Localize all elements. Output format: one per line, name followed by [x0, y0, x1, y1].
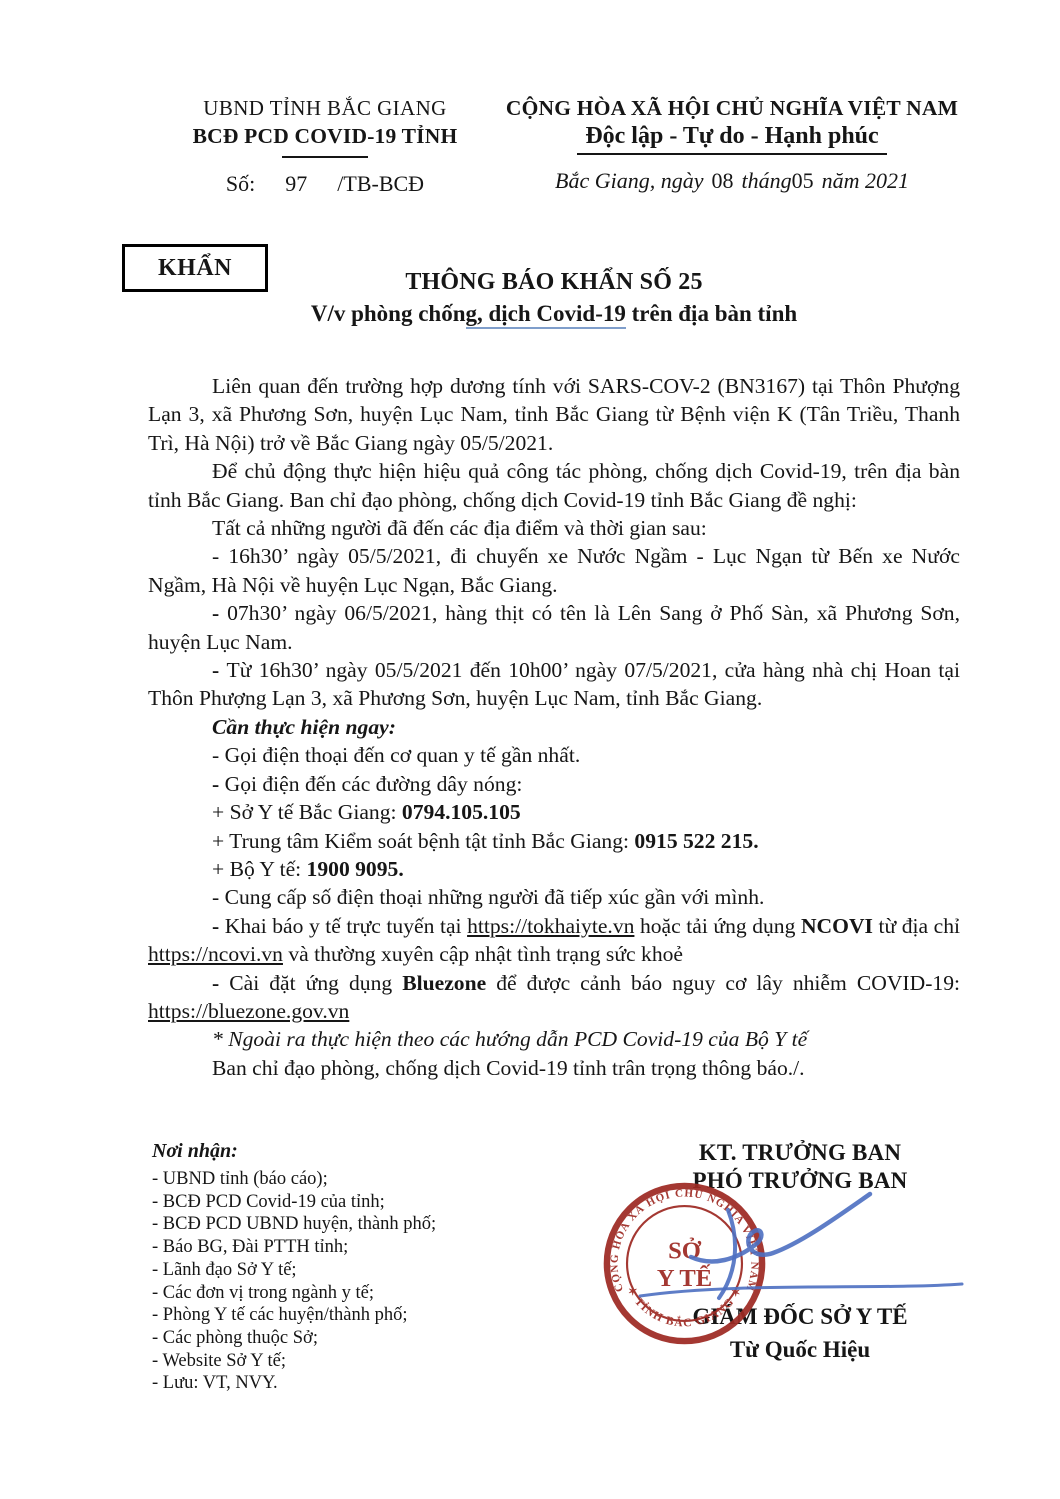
header-national-block: CỘNG HÒA XÃ HỘI CHỦ NGHĨA VIỆT NAM Độc l…	[497, 96, 967, 194]
subtitle-post: trên địa bàn tỉnh	[626, 301, 797, 326]
link[interactable]: https://ncovi.vn	[148, 942, 283, 966]
paragraph: - 07h30’ ngày 06/5/2021, hàng thịt có tê…	[148, 599, 960, 656]
paragraph: - Gọi điện thoại đến cơ quan y tế gần nh…	[148, 741, 960, 769]
date-day: 08	[711, 168, 733, 193]
document-subtitle: V/v phòng chống, dịch Covid-19 trên địa …	[148, 301, 960, 327]
paragraph: * Ngoài ra thực hiện theo các hướng dẫn …	[148, 1025, 960, 1053]
recipient-item: - Website Sở Y tế;	[152, 1350, 542, 1373]
recipient-item: - Các phòng thuộc Sở;	[152, 1327, 542, 1350]
number-suffix: /TB-BCĐ	[337, 171, 424, 197]
paragraph: Để chủ động thực hiện hiệu quả công tác …	[148, 457, 960, 514]
document-body: Liên quan đến trường hợp dương tính với …	[148, 372, 960, 1082]
paragraph: - Cài đặt ứng dụng Bluezone để được cảnh…	[148, 969, 960, 1026]
text-segment: + Trung tâm Kiểm soát bệnh tật tỉnh Bắc …	[212, 829, 634, 853]
text-segment: -	[212, 658, 227, 682]
text-segment: 0794.105.105	[402, 800, 521, 824]
recipient-item: - Các đơn vị trong ngành y tế;	[152, 1282, 542, 1305]
paragraph: - 16h30’ ngày 05/5/2021, đi chuyến xe Nư…	[148, 542, 960, 599]
text-segment: từ địa chỉ	[873, 914, 960, 938]
document-page: UBND TỈNH BẮC GIANG BCĐ PCD COVID-19 TỈN…	[0, 0, 1060, 1499]
issuer-line2: BCĐ PCD COVID-19 TỈNH	[140, 124, 510, 149]
text-segment: - 16h30’ ngày 05/5/2021, đi chuyến xe Nư…	[148, 544, 960, 596]
text-segment: NCOVI	[801, 914, 873, 938]
date-year: năm 2021	[822, 168, 909, 193]
paragraph: + Bộ Y tế: 1900 9095.	[148, 855, 960, 883]
paragraph: - Từ 16h30’ ngày 05/5/2021 đến 10h00’ ng…	[148, 656, 960, 713]
national-motto-line2: Độc lập - Tự do - Hạnh phúc	[577, 123, 886, 155]
text-segment: 1900 9095.	[307, 857, 404, 881]
subtitle-pre: V/v phòng chốn	[311, 301, 466, 326]
signer-title-line1: KT. TRƯỞNG BAN	[630, 1140, 970, 1166]
text-segment: hoặc tải ứng dụng	[634, 914, 801, 938]
title-block: THÔNG BÁO KHẨN SỐ 25 V/v phòng chống, dị…	[148, 269, 960, 327]
date-prefix: Bắc Giang, ngày	[555, 168, 703, 193]
link[interactable]: https://tokhaiyte.vn	[467, 914, 634, 938]
document-number-line: Số: 97 /TB-BCĐ	[140, 171, 510, 197]
place-date-line: Bắc Giang, ngày08tháng05năm 2021	[497, 168, 967, 194]
text-segment: + Bộ Y tế:	[212, 857, 307, 881]
text-segment: Tất cả những người đã đến các địa điểm v…	[212, 516, 707, 540]
text-segment: + Sở Y tế Bắc Giang:	[212, 800, 402, 824]
text-segment: Từ 16h30’ ngày 05/5/2021 đến 10h00’ ngày…	[148, 658, 960, 710]
handwritten-signature-icon	[615, 1183, 980, 1308]
issuer-divider	[282, 156, 368, 158]
paragraph: - Khai báo y tế trực tuyến tại https://t…	[148, 912, 960, 969]
text-segment: - Gọi điện thoại đến cơ quan y tế gần nh…	[212, 743, 580, 767]
text-segment: Khai báo y tế trực tuyến tại	[225, 914, 467, 938]
text-segment: Liên quan đến trường hợp dương tính với …	[148, 374, 960, 455]
text-segment: Gọi điện đến các đường dây nóng:	[225, 772, 523, 796]
text-segment: -	[212, 772, 225, 796]
paragraph: Tất cả những người đã đến các địa điểm v…	[148, 514, 960, 542]
recipient-item: - Báo BG, Đài PTTH tỉnh;	[152, 1236, 542, 1259]
date-month-word: tháng	[741, 168, 791, 193]
text-segment: Để chủ động thực hiện hiệu quả công tác …	[148, 459, 960, 511]
text-segment: * Ngoài ra thực hiện theo các hướng dẫn …	[212, 1027, 807, 1051]
recipient-item: - Lưu: VT, NVY.	[152, 1372, 542, 1395]
date-month: 05	[792, 168, 814, 193]
text-segment: Cần thực hiện ngay:	[212, 715, 396, 739]
paragraph: - Gọi điện đến các đường dây nóng:	[148, 770, 960, 798]
recipients-list: - UBND tỉnh (báo cáo);- BCĐ PCD Covid-19…	[152, 1168, 542, 1395]
text-segment: Cài đặt ứng dụng	[229, 971, 402, 995]
header-issuer-block: UBND TỈNH BẮC GIANG BCĐ PCD COVID-19 TỈN…	[140, 96, 510, 197]
text-segment: để được cảnh báo nguy cơ lây nhiễm COVID…	[486, 971, 960, 995]
paragraph: Cần thực hiện ngay:	[148, 713, 960, 741]
text-segment: -	[212, 601, 227, 625]
paragraph: Ban chỉ đạo phòng, chống dịch Covid-19 t…	[148, 1054, 960, 1082]
text-segment: 07h30’ ngày 06/5/2021, hàng thịt có tên …	[148, 601, 960, 653]
text-segment: và thường xuyên cập nhật tình trạng sức …	[283, 942, 683, 966]
recipient-item: - BCĐ PCD UBND huyện, thành phố;	[152, 1213, 542, 1236]
link[interactable]: https://bluezone.gov.vn	[148, 999, 349, 1023]
text-segment: Ban chỉ đạo phòng, chống dịch Covid-19 t…	[212, 1056, 805, 1080]
recipients-block: Nơi nhận: - UBND tỉnh (báo cáo);- BCĐ PC…	[152, 1140, 542, 1395]
paragraph: + Trung tâm Kiểm soát bệnh tật tỉnh Bắc …	[148, 827, 960, 855]
paragraph: - Cung cấp số điện thoại những người đã …	[148, 883, 960, 911]
recipient-item: - UBND tỉnh (báo cáo);	[152, 1168, 542, 1191]
text-segment: Bluezone	[402, 971, 486, 995]
text-segment: - Cung cấp số điện thoại những người đã …	[212, 885, 764, 909]
paragraph: Liên quan đến trường hợp dương tính với …	[148, 372, 960, 457]
number-value: 97	[285, 171, 307, 197]
number-label: Số:	[226, 171, 255, 197]
recipients-heading: Nơi nhận:	[152, 1140, 542, 1163]
recipient-item: - Phòng Y tế các huyện/thành phố;	[152, 1304, 542, 1327]
document-title: THÔNG BÁO KHẨN SỐ 25	[148, 269, 960, 296]
text-segment: -	[212, 914, 225, 938]
recipient-item: - Lãnh đạo Sở Y tế;	[152, 1259, 542, 1282]
paragraph: + Sở Y tế Bắc Giang: 0794.105.105	[148, 798, 960, 826]
subtitle-underlined: g, dịch Covid-19	[466, 301, 626, 329]
issuer-line1: UBND TỈNH BẮC GIANG	[140, 96, 510, 121]
text-segment: 0915 522 215.	[634, 829, 758, 853]
national-motto-line1: CỘNG HÒA XÃ HỘI CHỦ NGHĨA VIỆT NAM	[497, 96, 967, 121]
text-segment: -	[212, 971, 229, 995]
recipient-item: - BCĐ PCD Covid-19 của tỉnh;	[152, 1191, 542, 1214]
